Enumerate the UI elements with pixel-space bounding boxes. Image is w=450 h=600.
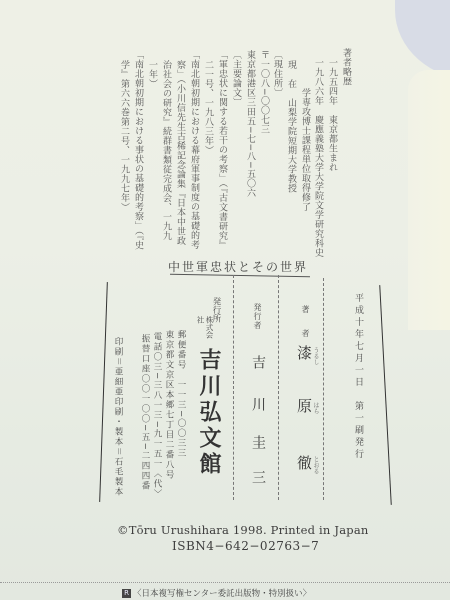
ruby-urushi: うるし	[311, 347, 320, 365]
publisher-transfer: 振替口座〇〇一〇〇−五−二四四番	[139, 334, 151, 491]
author-label: 著 者	[300, 305, 311, 341]
publisher-person-4: 三	[248, 470, 268, 484]
footer-divider	[0, 582, 450, 583]
bio-line: 一九八六年 慶應義塾大学大学院文学研究科史	[312, 58, 325, 258]
issue-date: 平成十年七月一日 第一刷発行	[352, 293, 365, 461]
isbn: ISBN4−642−02763−7	[172, 539, 319, 553]
publisher-person-1: 吉	[248, 355, 268, 369]
paper-line: 察」（小川信先生古稀記念論集『日本中世政	[174, 60, 187, 246]
copyright-line: ©Tōru Urushihara 1998. Printed in Japan	[117, 523, 368, 537]
paper-line: 一年）	[146, 60, 159, 89]
bio-line: 一九五四年 東京都生まれ	[326, 58, 339, 172]
paper-line: 学』第六六巻第二号、一九九七年）	[118, 60, 131, 212]
publisher-phone: 電話〇三−三八一三−九一五一〈代〉	[151, 332, 163, 499]
rights-note-row: R〈日本複写権センター委託出版物・特別扱い〉	[122, 587, 311, 599]
divider	[278, 275, 279, 500]
frame-right-line	[379, 285, 392, 505]
bio-address: 東京都港区三田五−七−八−五〇六	[244, 50, 257, 198]
paper-line: 「軍忠状に関する若干の考察」（『古文書研究』	[216, 50, 229, 250]
copyright-center-mark-icon: R	[122, 589, 131, 598]
rights-note: 〈日本複写権センター委託出版物・特別扱い〉	[133, 589, 311, 599]
company-type: 株式会社	[196, 316, 214, 342]
bio-line: 学専攻博士課程単位取得修了	[299, 88, 312, 212]
printer-info: 印刷＝亜細亜印刷・製本＝石毛製本	[112, 337, 124, 497]
paper-line: 「南北朝初期における事状の基礎的考察」（『史	[132, 50, 145, 250]
ruby-tooru: とおる	[311, 456, 320, 474]
divider	[323, 278, 324, 500]
publisher-postal: 郵便番号 一一三−〇〇三三	[175, 330, 187, 459]
publisher-name: 吉川弘文館	[193, 348, 224, 478]
publisher-person-3: 圭	[248, 435, 268, 449]
address-heading: 〔現住所〕	[271, 50, 284, 98]
bio-line: 現 在 山梨学院短期大学教授	[285, 60, 298, 193]
ruby-hara: はら	[311, 402, 320, 414]
papers-heading: 〔主要論文〕	[230, 50, 243, 107]
publisher-address: 東京都文京区本郷七丁目二番八号	[163, 330, 175, 480]
frame-left-line	[99, 282, 108, 502]
paper-line: 治社会の研究』続群書類従完成会、一九九	[160, 60, 173, 241]
paper-line: 二一号、一九八三年）	[202, 60, 215, 155]
bio-heading: 著者略歴	[340, 48, 353, 86]
page-shadow	[395, 0, 450, 80]
publisher-person-2: 川	[248, 397, 268, 411]
page-edge	[408, 70, 450, 330]
divider	[233, 275, 234, 500]
publisher-person-label: 発行者	[252, 303, 263, 330]
bio-postal: 〒一〇八−〇〇七三	[258, 50, 271, 134]
book-title: 中世軍忠状とその世界	[168, 258, 308, 275]
paper-line: 「南北朝初期における幕府軍事制度の基礎的考	[188, 50, 201, 250]
